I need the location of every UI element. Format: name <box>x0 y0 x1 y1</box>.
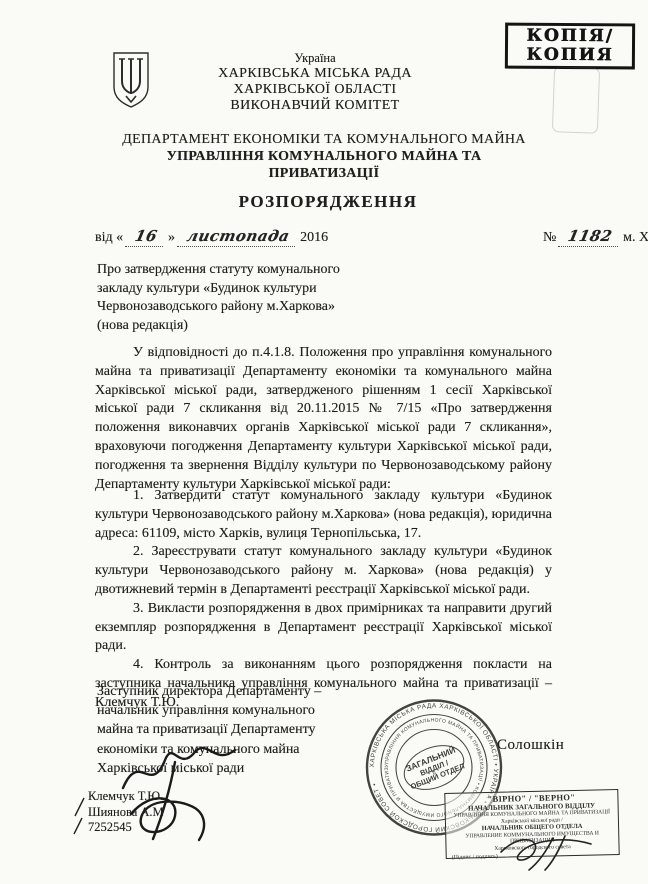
executors-block: Клемчук Т.Ю. Шиянова А.М 7252545 <box>88 789 164 836</box>
order-item-3: 3. Викласти розпорядження в двох примірн… <box>95 600 552 656</box>
date-day-handwritten: 16 <box>124 227 166 247</box>
department-name: ДЕПАРТАМЕНТ ЕКОНОМІКИ ТА КОМУНАЛЬНОГО МА… <box>2 131 646 148</box>
date-year: 2016 <box>300 230 328 245</box>
department-block: ДЕПАРТАМЕНТ ЕКОНОМІКИ ТА КОМУНАЛЬНОГО МА… <box>2 131 646 182</box>
order-item-1: 1. Затвердити статут комунального заклад… <box>95 487 552 543</box>
document-header: Україна ХАРКІВСЬКА МІСЬКА РАДА ХАРКІВСЬК… <box>0 50 630 114</box>
date-close-quote: » <box>168 230 175 245</box>
body-items-block: 1. Затвердити статут комунального заклад… <box>95 487 552 713</box>
closing-line: начальник управління комунального <box>97 701 397 720</box>
copy-stamp-line1: КОПІЯ/ <box>512 27 628 47</box>
number-label: № <box>543 230 556 245</box>
header-committee: ВИКОНАВЧИЙ КОМІТЕТ <box>0 98 630 114</box>
scanned-document-page: КОПІЯ/ КОПИЯ Україна ХАРКІВСЬКА МІСЬКА Р… <box>0 0 648 884</box>
document-title: РОЗПОРЯДЖЕННЯ <box>8 192 648 212</box>
header-council: ХАРКІВСЬКА МІСЬКА РАДА <box>0 66 630 82</box>
office-name-line1: УПРАВЛІННЯ КОМУНАЛЬНОГО МАЙНА ТА <box>2 148 646 165</box>
subject-line: (нова редакція) <box>97 317 427 336</box>
closing-line: Заступник директора Департаменту – <box>97 682 397 701</box>
certification-stamp-signature <box>495 830 605 872</box>
subject-line: закладу культури «Будинок культури <box>97 280 427 299</box>
executor-name: Шиянова А.М <box>88 805 164 821</box>
subject-line: Про затвердження статуту комунального <box>97 261 427 280</box>
handwritten-slash-marks <box>72 796 88 836</box>
number-line: № 1182 м. Харків <box>543 227 648 247</box>
date-from-label: від « <box>95 230 123 245</box>
subject-line: Червонозаводського району м.Харкова» <box>97 298 427 317</box>
office-name-line2: ПРИВАТИЗАЦІЇ <box>2 165 646 182</box>
order-item-2: 2. Зареєструвати статут комунального зак… <box>95 543 552 599</box>
body-intro-block: У відповідності до п.4.1.8. Положення пр… <box>95 344 552 494</box>
date-month-handwritten: листопада <box>176 227 298 247</box>
header-region: ХАРКІВСЬКОЇ ОБЛАСТІ <box>0 82 630 98</box>
executor-name: Клемчук Т.Ю. <box>88 789 164 805</box>
executor-phone: 7252545 <box>88 820 164 836</box>
intro-paragraph: У відповідності до п.4.1.8. Положення пр… <box>95 344 552 494</box>
number-handwritten: 1182 <box>558 227 622 247</box>
closing-line: майна та приватизації Департаменту <box>97 720 397 739</box>
city-label: м. Харків <box>623 230 648 245</box>
signer-surname: Солошкін <box>497 737 564 754</box>
date-line: від « 16 » листопада 2016 <box>95 227 328 247</box>
header-country: Україна <box>0 50 630 66</box>
subject-block: Про затвердження статуту комунального за… <box>97 261 427 335</box>
